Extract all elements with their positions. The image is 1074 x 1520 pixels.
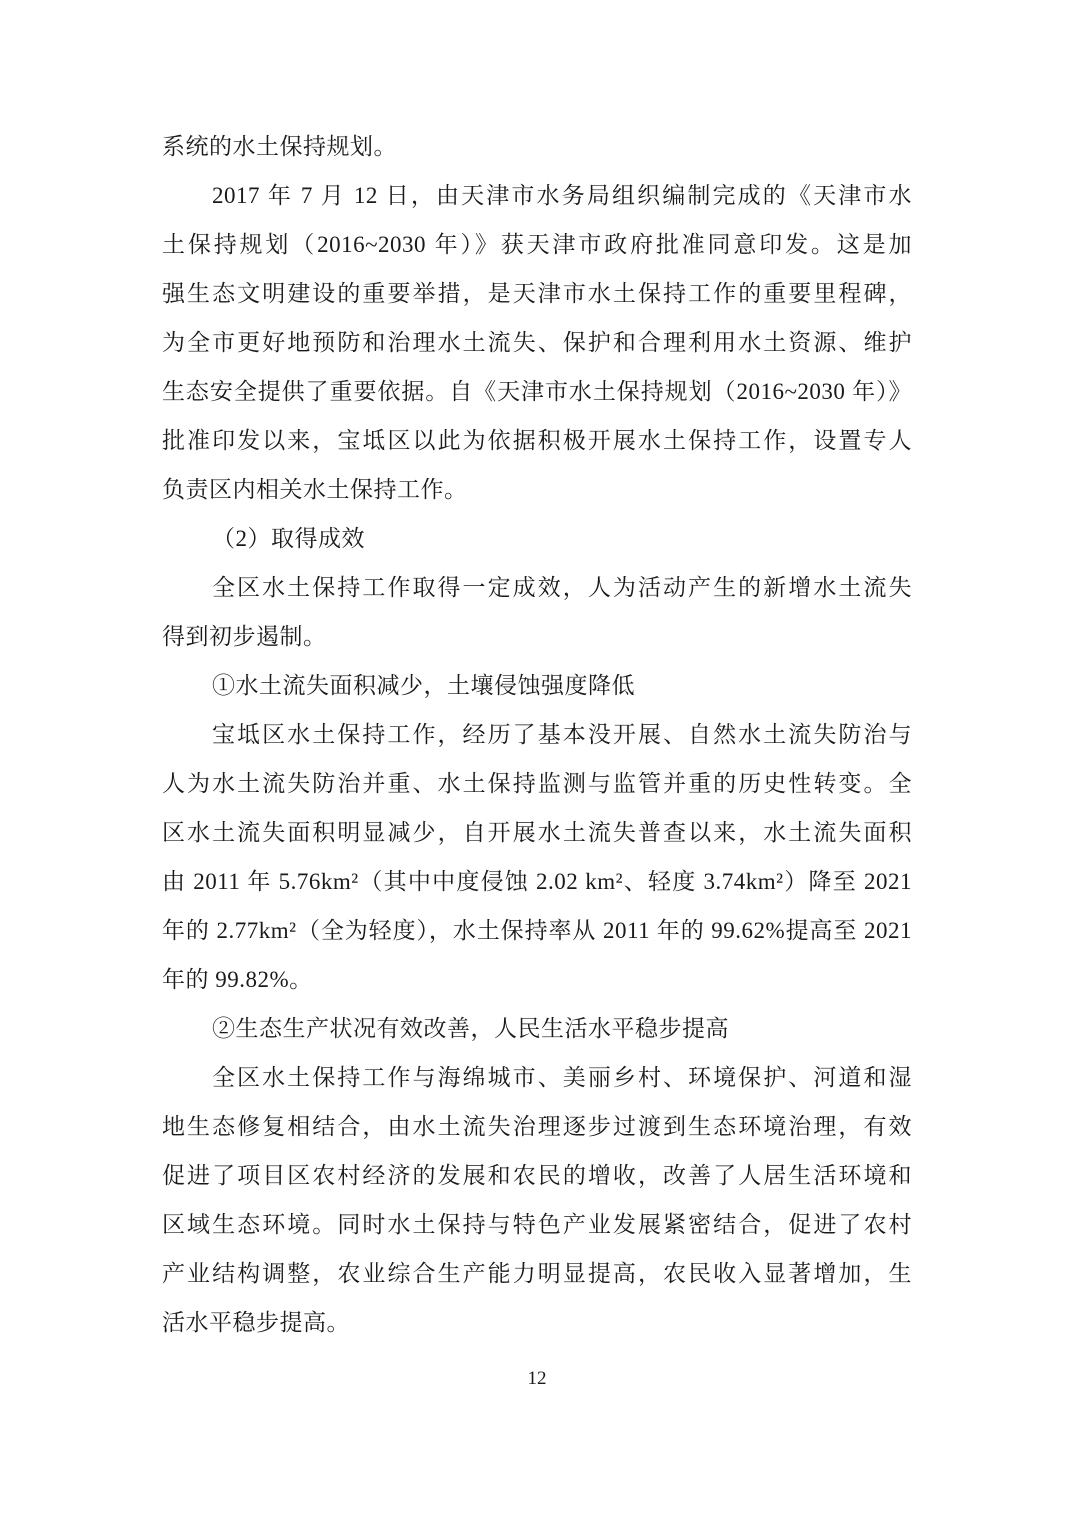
document-page: 系统的水土保持规划。 2017 年 7 月 12 日，由天津市水务局组织编制完成… (0, 0, 1074, 1520)
text-line: 由 2011 年 5.76km²（其中中度侵蚀 2.02 km²、轻度 3.74… (162, 857, 912, 906)
text-line: 地生态修复相结合，由水土流失治理逐步过渡到生态环境治理，有效 (162, 1102, 912, 1151)
text-line: 区域生态环境。同时水土保持与特色产业发展紧密结合，促进了农村 (162, 1200, 912, 1249)
text-line: 土保持规划（2016~2030 年）》获天津市政府批准同意印发。这是加 (162, 220, 912, 269)
text-line: 生态安全提供了重要依据。自《天津市水土保持规划（2016~2030 年）》 (162, 367, 912, 416)
section-heading: （2）取得成效 (162, 514, 912, 563)
text-line: 年的 99.82%。 (162, 955, 912, 1004)
text-line: 2017 年 7 月 12 日，由天津市水务局组织编制完成的《天津市水 (162, 171, 912, 220)
text-line: 强生态文明建设的重要举措，是天津市水土保持工作的重要里程碑， (162, 269, 912, 318)
text-line: 全区水土保持工作与海绵城市、美丽乡村、环境保护、河道和湿 (162, 1053, 912, 1102)
document-body: 系统的水土保持规划。 2017 年 7 月 12 日，由天津市水务局组织编制完成… (162, 122, 912, 1347)
subsection-heading: ①水土流失面积减少，土壤侵蚀强度降低 (162, 661, 912, 710)
text-line: 宝坻区水土保持工作，经历了基本没开展、自然水土流失防治与 (162, 710, 912, 759)
text-line: 人为水土流失防治并重、水土保持监测与监管并重的历史性转变。全 (162, 759, 912, 808)
text-line: 年的 2.77km²（全为轻度），水土保持率从 2011 年的 99.62%提高… (162, 906, 912, 955)
text-line: 区水土流失面积明显减少，自开展水土流失普查以来，水土流失面积 (162, 808, 912, 857)
subsection-heading: ②生态生产状况有效改善，人民生活水平稳步提高 (162, 1004, 912, 1053)
text-line: 为全市更好地预防和治理水土流失、保护和合理利用水土资源、维护 (162, 318, 912, 367)
text-line: 活水平稳步提高。 (162, 1298, 912, 1347)
text-line: 负责区内相关水土保持工作。 (162, 465, 912, 514)
text-line: 得到初步遏制。 (162, 612, 912, 661)
text-line: 系统的水土保持规划。 (162, 122, 912, 171)
text-line: 批准印发以来，宝坻区以此为依据积极开展水土保持工作，设置专人 (162, 416, 912, 465)
text-line: 全区水土保持工作取得一定成效，人为活动产生的新增水土流失 (162, 563, 912, 612)
text-line: 产业结构调整，农业综合生产能力明显提高，农民收入显著增加，生 (162, 1249, 912, 1298)
text-line: 促进了项目区农村经济的发展和农民的增收，改善了人居生活环境和 (162, 1151, 912, 1200)
page-number: 12 (0, 1366, 1074, 1392)
